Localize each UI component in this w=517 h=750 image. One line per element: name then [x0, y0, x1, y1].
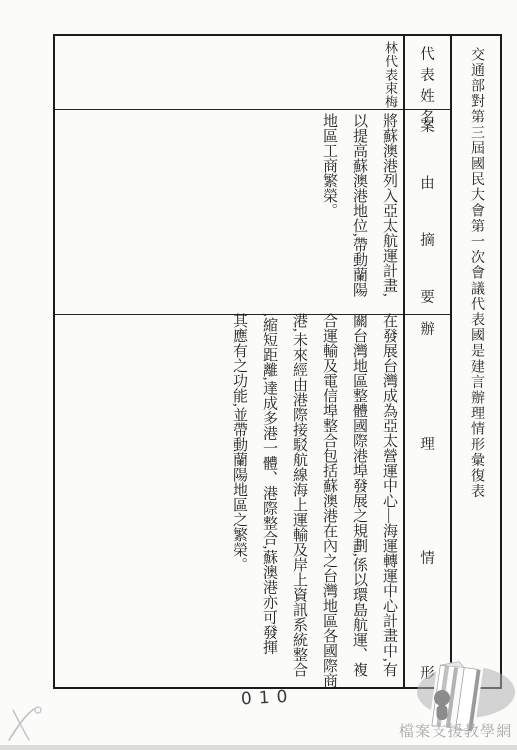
scanned-document-page: 代表姓名 案由摘要 辦理情形 交通部對第三屆國民大會第一次會議代表國是建言辦理情… [0, 0, 517, 750]
table-title-column: 交通部對第三屆國民大會第一次會議代表國是建言辦理情形彙復表 [450, 36, 500, 687]
watermark-site-name: 檔案支援教學網 [399, 720, 515, 741]
handling-status-text: 在發展台灣成為亞太營運中心—海運轉運中心計畫中,有 關台灣地區整體國際港埠發展之… [222, 313, 404, 691]
header-label-handling: 辦理情形 [420, 318, 435, 683]
document-title: 交通部對第三屆國民大會第一次會議代表國是建言辦理情形彙復表 [466, 47, 486, 499]
case-summary-text: 將蘇澳港列入亞太航運計畫, 以提高蘇澳港地位,帶動蘭陽 地區工商繁榮。 [312, 113, 404, 313]
handwritten-page-number: 010 [241, 687, 295, 710]
pencil-scribble-mark [6, 702, 48, 748]
table-header-column: 代表姓名 案由摘要 辦理情形 [403, 36, 450, 687]
header-label-name: 代表姓名 [420, 43, 435, 105]
header-cell-handling: 辦理情形 [405, 315, 450, 687]
row-representative-name [55, 36, 403, 110]
header-cell-case: 案由摘要 [405, 110, 450, 315]
representative-name-text: 林代表束梅 [381, 41, 400, 113]
header-label-case: 案由摘要 [420, 115, 435, 307]
header-cell-name: 代表姓名 [405, 36, 450, 110]
